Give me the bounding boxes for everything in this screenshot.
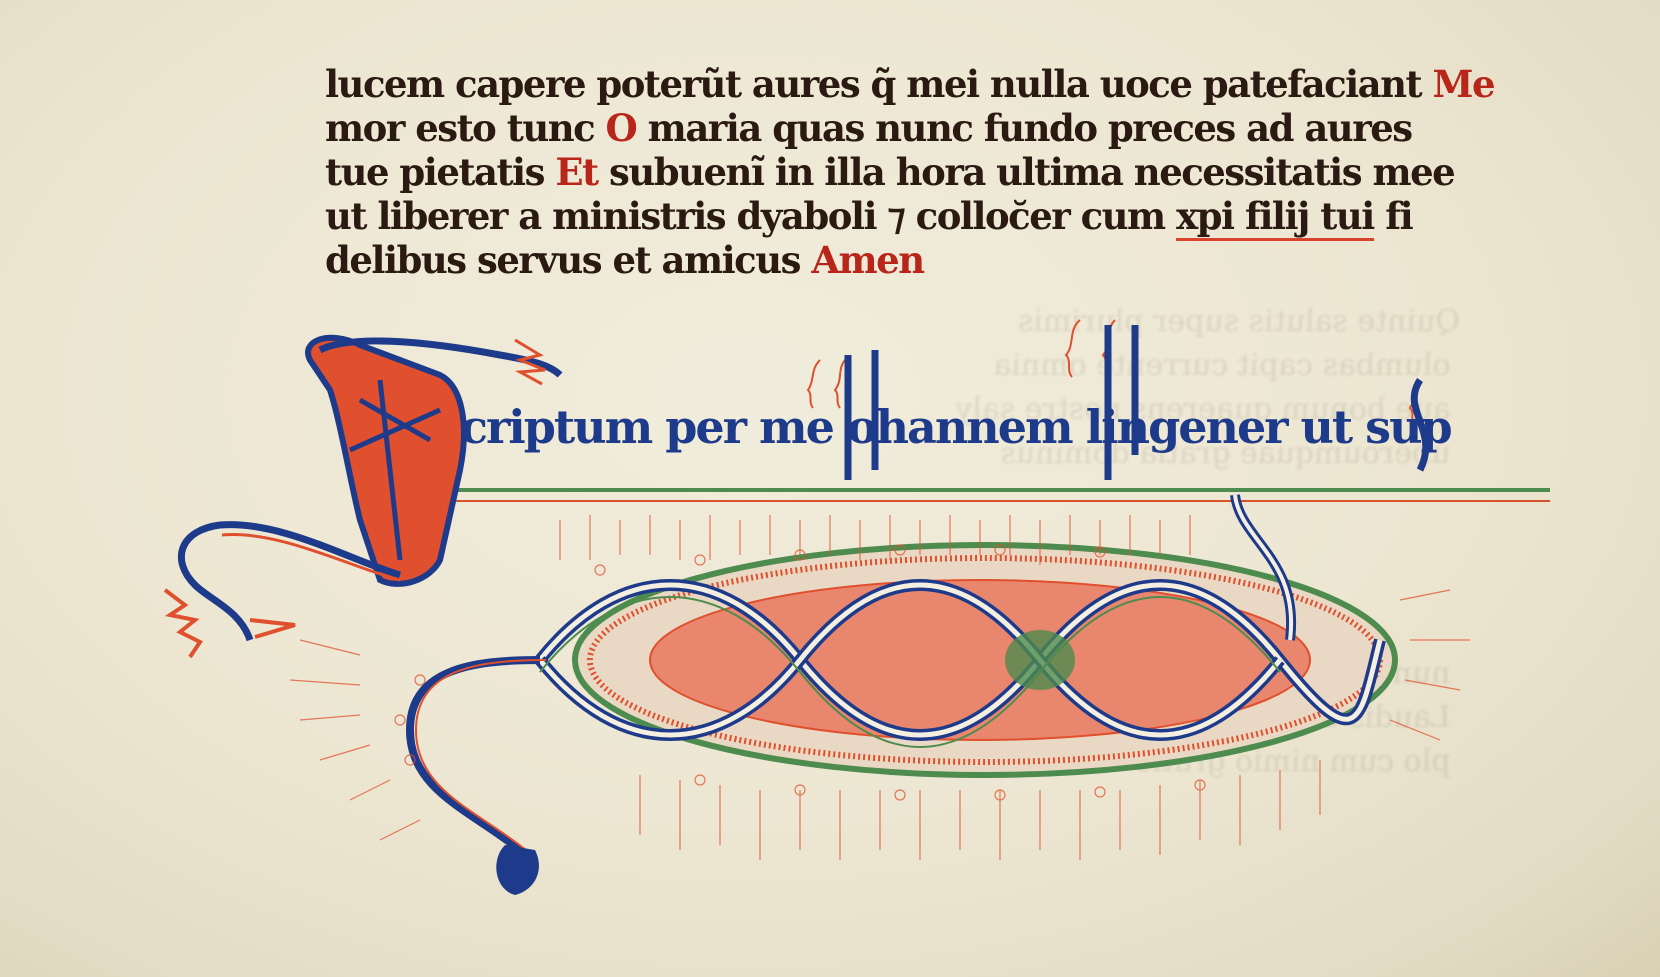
manuscript-page: Quinte salutis super plurimis olumbas ca… xyxy=(0,0,1660,977)
decorative-illumination xyxy=(0,0,1660,977)
decorated-initial-s-icon xyxy=(165,338,560,657)
scribe-colophon: criptum per me ohannem lingener ut sup xyxy=(460,400,1451,454)
